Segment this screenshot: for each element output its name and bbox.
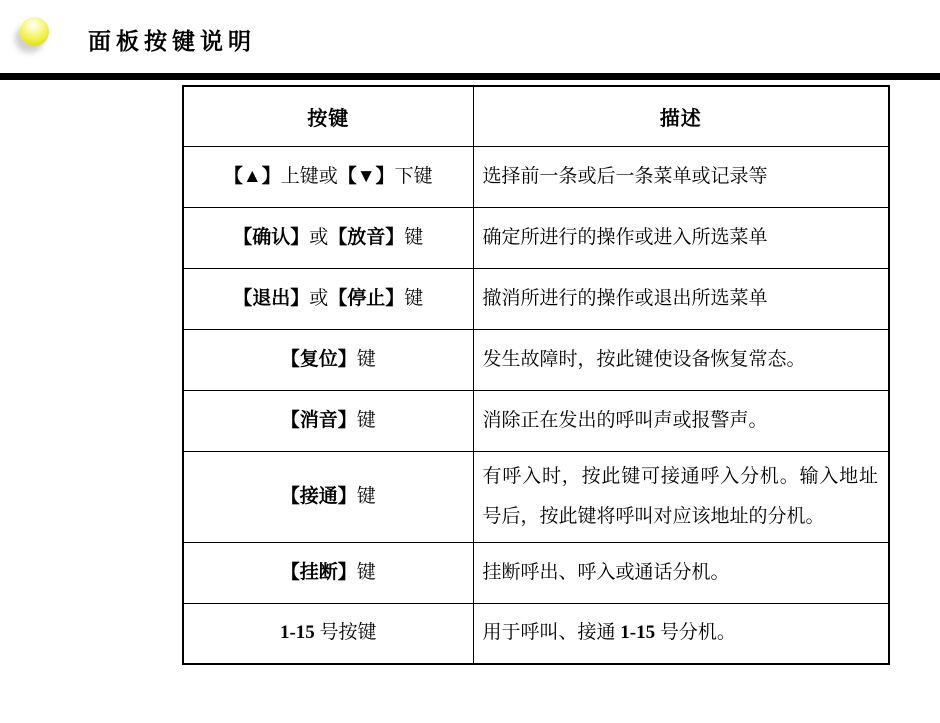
table-row: 【退出】或【停止】键撤消所进行的操作或退出所选菜单 [183,268,889,329]
description-cell: 有呼入时，按此键可接通呼入分机。输入地址号后，按此键将呼叫对应该地址的分机。 [473,451,889,542]
table-row: 【▲】上键或【▼】下键选择前一条或后一条菜单或记录等 [183,146,889,207]
text-segment: 发生故障时，按此键使设备恢复常态。 [483,349,806,370]
description-cell: 确定所进行的操作或进入所选菜单 [473,207,889,268]
text-segment: 或 [309,288,328,309]
text-segment: 键 [357,486,376,507]
key-cell: 【挂断】键 [183,542,473,603]
table-row: 【确认】或【放音】键确定所进行的操作或进入所选菜单 [183,207,889,268]
title-divider-rule [0,73,940,80]
key-cell: 【接通】键 [183,451,473,542]
bold-text-segment: 【退出】 [233,288,309,309]
text-segment: 键 [404,288,423,309]
key-cell: 1-15 号按键 [183,603,473,664]
table-row: 1-15 号按键用于呼叫、接通 1-15 号分机。 [183,603,889,664]
description-cell: 发生故障时，按此键使设备恢复常态。 [473,329,889,390]
key-cell: 【▲】上键或【▼】下键 [183,146,473,207]
description-cell: 用于呼叫、接通 1-15 号分机。 [473,603,889,664]
text-segment: 确定所进行的操作或进入所选菜单 [483,227,768,248]
bold-text-segment: 【消音】 [281,410,357,431]
key-cell: 【退出】或【停止】键 [183,268,473,329]
description-cell: 挂断呼出、呼入或通话分机。 [473,542,889,603]
table-row: 【挂断】键挂断呼出、呼入或通话分机。 [183,542,889,603]
text-segment: 键 [404,227,423,248]
bold-text-segment: 【复位】 [281,349,357,370]
text-segment: 或 [309,227,328,248]
panel-key-table: 按键 描述 【▲】上键或【▼】下键选择前一条或后一条菜单或记录等【确认】或【放音… [182,85,890,665]
key-cell: 【确认】或【放音】键 [183,207,473,268]
table-row: 【复位】键发生故障时，按此键使设备恢复常态。 [183,329,889,390]
text-segment: 键 [357,410,376,431]
key-cell: 【消音】键 [183,390,473,451]
yellow-sphere-bullet-icon [20,17,49,46]
text-segment: 上键或 [281,166,338,187]
slide-page: 面板按键说明 按键 描述 【▲】上键或【▼】下键选择前一条或后一条菜单或记录等【… [0,0,940,723]
text-segment: 撤消所进行的操作或退出所选菜单 [483,288,768,309]
table-row: 【接通】键有呼入时，按此键可接通呼入分机。输入地址号后，按此键将呼叫对应该地址的… [183,451,889,542]
bold-text-segment: 【▼】 [338,166,395,187]
key-column-header: 按键 [183,86,473,146]
description-cell: 选择前一条或后一条菜单或记录等 [473,146,889,207]
text-segment: 用于呼叫、接通 [483,622,621,643]
description-cell: 撤消所进行的操作或退出所选菜单 [473,268,889,329]
table-body: 【▲】上键或【▼】下键选择前一条或后一条菜单或记录等【确认】或【放音】键确定所进… [183,146,889,664]
text-segment: 键 [357,349,376,370]
bold-text-segment: 【接通】 [281,486,357,507]
panel-key-table-container: 按键 描述 【▲】上键或【▼】下键选择前一条或后一条菜单或记录等【确认】或【放音… [182,85,890,665]
bold-text-segment: 【挂断】 [281,562,357,583]
bold-text-segment: 【放音】 [328,227,404,248]
text-segment: 键 [357,562,376,583]
table-row: 【消音】键消除正在发出的呼叫声或报警声。 [183,390,889,451]
key-cell: 【复位】键 [183,329,473,390]
text-segment: 消除正在发出的呼叫声或报警声。 [483,410,768,431]
bold-text-segment: 【▲】 [224,166,281,187]
text-segment: 号按键 [315,622,377,643]
bold-text-segment: 【确认】 [233,227,309,248]
text-segment: 有呼入时，按此键可接通呼入分机。输入地址号后，按此键将呼叫对应该地址的分机。 [483,466,879,527]
text-segment: 号分机。 [655,622,736,643]
bold-text-segment: 1-15 [620,622,655,643]
table-header-row: 按键 描述 [183,86,889,146]
text-segment: 挂断呼出、呼入或通话分机。 [483,562,730,583]
bold-text-segment: 【停止】 [328,288,404,309]
table-header: 按键 描述 [183,86,889,146]
text-segment: 下键 [395,166,433,187]
description-column-header: 描述 [473,86,889,146]
page-title: 面板按键说明 [88,23,256,56]
bold-text-segment: 1-15 [280,622,315,643]
text-segment: 选择前一条或后一条菜单或记录等 [483,166,768,187]
description-cell: 消除正在发出的呼叫声或报警声。 [473,390,889,451]
